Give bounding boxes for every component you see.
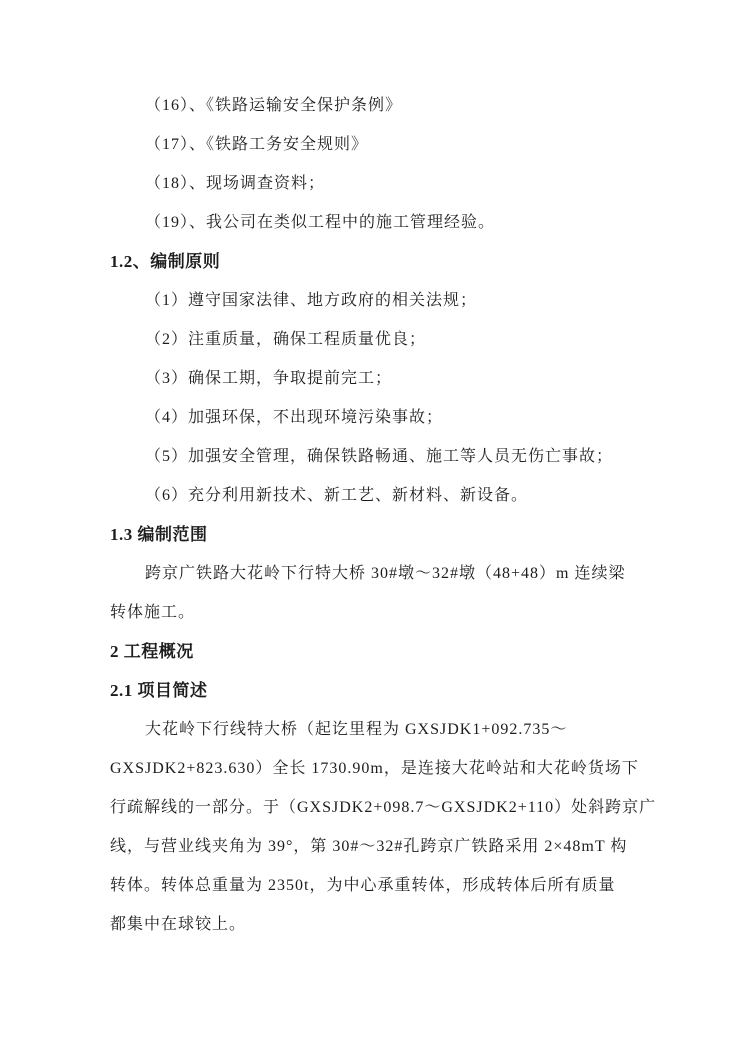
principle-item-6: （6）充分利用新技术、新工艺、新材料、新设备。 bbox=[110, 476, 634, 515]
reference-item-19: （19）、我公司在类似工程中的施工管理经验。 bbox=[110, 203, 634, 242]
brief-paragraph-line-2: GXSJDK2+823.630）全长 1730.90m，是连接大花岭站和大花岭货… bbox=[110, 749, 634, 788]
brief-paragraph-line-5: 转体。转体总重量为 2350t，为中心承重转体，形成转体后所有质量 bbox=[110, 866, 634, 905]
document-page: （16）、《铁路运输安全保护条例》 （17）、《铁路工务安全规则》 （18）、现… bbox=[0, 0, 744, 1052]
brief-paragraph-line-4: 线，与营业线夹角为 39°，第 30#～32#孔跨京广铁路采用 2×48mT 构 bbox=[110, 827, 634, 866]
reference-item-18: （18）、现场调查资料； bbox=[110, 164, 634, 203]
heading-2-project-overview: 2 工程概况 bbox=[110, 632, 634, 671]
principle-item-2: （2）注重质量，确保工程质量优良； bbox=[110, 320, 634, 359]
heading-1-3-compilation-scope: 1.3 编制范围 bbox=[110, 515, 634, 554]
brief-paragraph-line-3: 行疏解线的一部分。于（GXSJDK2+098.7～GXSJDK2+110）处斜跨… bbox=[110, 788, 634, 827]
brief-paragraph-line-6: 都集中在球铰上。 bbox=[110, 905, 634, 944]
principle-item-5: （5）加强安全管理，确保铁路畅通、施工等人员无伤亡事故； bbox=[110, 437, 634, 476]
reference-item-17: （17）、《铁路工务安全规则》 bbox=[110, 125, 634, 164]
heading-2-1-project-brief: 2.1 项目简述 bbox=[110, 671, 634, 710]
brief-paragraph-line-1: 大花岭下行线特大桥（起讫里程为 GXSJDK1+092.735～ bbox=[110, 710, 634, 749]
scope-paragraph-line-2: 转体施工。 bbox=[110, 593, 634, 632]
scope-paragraph-line-1: 跨京广铁路大花岭下行特大桥 30#墩～32#墩（48+48）m 连续梁 bbox=[110, 554, 634, 593]
principle-item-3: （3）确保工期，争取提前完工； bbox=[110, 359, 634, 398]
reference-item-16: （16）、《铁路运输安全保护条例》 bbox=[110, 86, 634, 125]
heading-1-2-compilation-principles: 1.2、编制原则 bbox=[110, 242, 634, 281]
principle-item-4: （4）加强环保，不出现环境污染事故； bbox=[110, 398, 634, 437]
principle-item-1: （1）遵守国家法律、地方政府的相关法规； bbox=[110, 281, 634, 320]
